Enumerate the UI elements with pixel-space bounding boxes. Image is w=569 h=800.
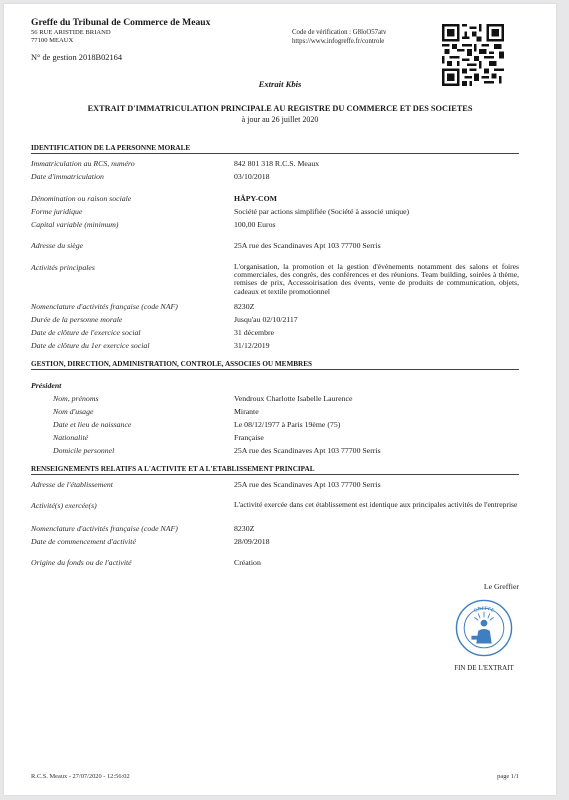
- gestion-number: N° de gestion 2018B02164: [31, 53, 122, 62]
- value: Jusqu'au 02/10/2117: [234, 315, 519, 324]
- section-gestion-heading: GESTION, DIRECTION, ADMINISTRATION, CONT…: [31, 360, 519, 370]
- svg-text:· · · · · · · · · ·: · · · · · · · · · ·: [473, 645, 495, 651]
- verification-code: Code de vérification : G8loO57atv: [292, 28, 386, 37]
- section-identification-heading: IDENTIFICATION DE LA PERSONNE MORALE: [31, 144, 519, 154]
- label: Nationalité: [53, 433, 88, 442]
- greffe-seal-icon: GREFFE · · · · · · · · · ·: [455, 599, 513, 657]
- footer-page-number: page 1/1: [497, 773, 519, 780]
- value: Vendroux Charlotte Isabelle Laurence: [234, 394, 519, 403]
- label: Date et lieu de naissance: [53, 420, 131, 429]
- value: 25A rue des Scandinaves Apt 103 77700 Se…: [234, 446, 519, 455]
- label: Durée de la personne morale: [31, 315, 122, 324]
- value: Création: [234, 558, 519, 567]
- qr-code-icon: [442, 24, 504, 86]
- greffe-address: 56 RUE ARISTIDE BRIAND 77100 MEAUX: [31, 29, 111, 45]
- value: 03/10/2018: [234, 172, 519, 181]
- label: Capital variable (minimum): [31, 220, 119, 229]
- label: Activité(s) exercée(s): [31, 501, 97, 510]
- main-title: EXTRAIT D'IMMATRICULATION PRINCIPALE AU …: [4, 104, 556, 113]
- label: Date de clôture du 1er exercice social: [31, 341, 150, 350]
- label: Adresse de l'établissement: [31, 480, 113, 489]
- label: Origine du fonds ou de l'activité: [31, 558, 132, 567]
- value: Française: [234, 433, 519, 442]
- value: 100,00 Euros: [234, 220, 519, 229]
- value: 8230Z: [234, 302, 519, 311]
- extrait-kbis-title: Extrait Kbis: [4, 79, 556, 89]
- value: L'activité exercée dans cet établissemen…: [234, 501, 519, 509]
- section-etablissement-heading: RENSEIGNEMENTS RELATIFS A L'ACTIVITE ET …: [31, 465, 519, 475]
- label: Activités principales: [31, 263, 95, 272]
- greffe-name: Greffe du Tribunal de Commerce de Meaux: [31, 17, 210, 28]
- fin-extrait: FIN DE L'EXTRAIT: [444, 664, 524, 672]
- value: 31 décembre: [234, 328, 519, 337]
- kbis-page: Greffe du Tribunal de Commerce de Meaux …: [4, 4, 556, 795]
- label: Date de commencement d'activité: [31, 537, 136, 546]
- label: Domicile personnel: [53, 446, 114, 455]
- value: Le 08/12/1977 à Paris 19ème (75): [234, 420, 519, 429]
- label: Nomenclature d'activités française (code…: [31, 524, 178, 533]
- footer-rcs-timestamp: R.C.S. Meaux - 27/07/2020 - 12:56:02: [31, 773, 130, 780]
- value: 28/09/2018: [234, 537, 519, 546]
- address-line-2: 77100 MEAUX: [31, 37, 111, 45]
- label: Nomenclature d'activités française (code…: [31, 302, 178, 311]
- label: Adresse du siège: [31, 241, 83, 250]
- greffier-signature: Le Greffier: [484, 582, 519, 591]
- verification-url[interactable]: https://www.infogreffe.fr/controle: [292, 37, 386, 46]
- role-president: Président: [31, 381, 61, 390]
- company-name: HÂPY-COM: [234, 194, 519, 203]
- value: 842 801 318 R.C.S. Meaux: [234, 159, 519, 168]
- label: Date de clôture de l'exercice social: [31, 328, 141, 337]
- main-subtitle: à jour au 26 juillet 2020: [4, 115, 556, 124]
- label: Immatriculation au RCS, numéro: [31, 159, 135, 168]
- value: Société par actions simplifiée (Société …: [234, 207, 519, 216]
- label: Nom d'usage: [53, 407, 93, 416]
- value: 8230Z: [234, 524, 519, 533]
- label: Nom, prénoms: [53, 394, 98, 403]
- label: Date d'immatriculation: [31, 172, 104, 181]
- address-line-1: 56 RUE ARISTIDE BRIAND: [31, 29, 111, 37]
- value: L'organisation, la promotion et la gesti…: [234, 263, 519, 296]
- value: 31/12/2019: [234, 341, 519, 350]
- label: Dénomination ou raison sociale: [31, 194, 131, 203]
- value: 25A rue des Scandinaves Apt 103 77700 Se…: [234, 480, 519, 489]
- verification-block: Code de vérification : G8loO57atv https:…: [292, 28, 386, 46]
- value: 25A rue des Scandinaves Apt 103 77700 Se…: [234, 241, 519, 250]
- label: Forme juridique: [31, 207, 82, 216]
- value: Mirante: [234, 407, 519, 416]
